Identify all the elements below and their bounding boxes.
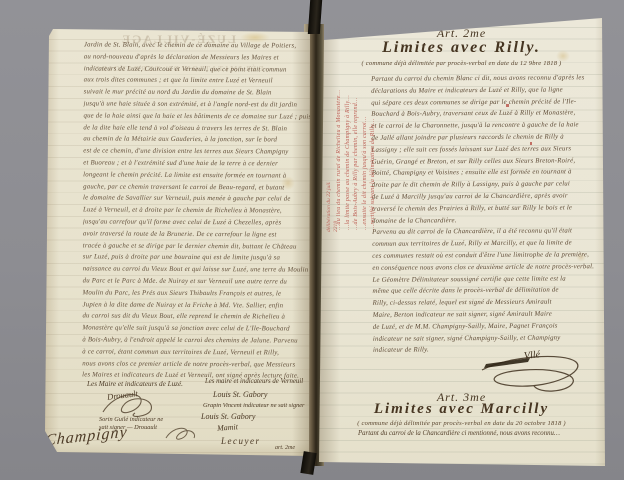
manuscript-line: longeant le chemin précité. La limite es… <box>83 169 311 182</box>
manuscript-line: 2218 <box>333 182 340 232</box>
manuscript-line: jusqu'au carrefour qu'il forme avec celu… <box>83 216 311 229</box>
scanned-archival-document: { "scan": { "background_color": "#8d8d92… <box>0 0 624 480</box>
signature-mamit: Mamit <box>217 422 238 432</box>
manuscript-left-page: LUZÉ-VILLAGE DÉLIMITATION DU TERRITOIRE … <box>45 28 310 456</box>
manuscript-line: traversé le chemin des Prairies à Rilly,… <box>372 202 602 215</box>
signers-caption-verneuil: Les maire et indicateurs de Verneuil <box>205 378 303 385</box>
manuscript-line: à Bois-Aubry, à l'endroit appelé le carr… <box>82 334 310 347</box>
manuscript-line: Moulin du Parc, les Prés aux Sieurs Thib… <box>83 287 311 300</box>
note-grapin-indicateur: Grapin Vincent indicateur ne sait signer <box>203 402 305 409</box>
manuscript-line: Lassigny ; elle suit ces fossés laissant… <box>372 143 602 156</box>
manuscript-line: en conséquence nous avons clos ce deuxiè… <box>372 261 602 274</box>
catchword: art. 2me <box>275 445 295 451</box>
manuscript-line: et Buoreau ; et à l'extrémité sud d'une … <box>83 157 311 170</box>
manuscript-line: …ensuite le dit chemin jusqu'à son carro… <box>361 54 370 230</box>
article3-heading: Limites avec Marcilly <box>318 401 605 418</box>
red-ink-speck <box>506 104 509 107</box>
manuscript-line: du Parc et le Parc à Mde. de Nuiray et s… <box>83 275 311 288</box>
manuscript-line: Partant du carroi du chemin Blanc ci dit… <box>371 72 601 85</box>
manuscript-line: et le carroi de la Charonnette, jusqu'à … <box>371 119 601 132</box>
left-page-text-block: Jardin de St. Blain, avec le chemin de c… <box>82 39 312 382</box>
manuscript-line: que de la haie ainsi que la haie et les … <box>83 110 311 123</box>
manuscript-line: à ce carroi, étant commun aux territoire… <box>82 346 310 359</box>
manuscript-line: Jardin de St. Blain, avec le chemin de c… <box>84 39 312 52</box>
manuscript-line: Monastère qu'elle suit jusqu'à sa joncti… <box>82 323 310 336</box>
manuscript-line: jusqu'à une haie située à son extrémité,… <box>84 98 312 111</box>
manuscript-line: au nord-nouveau d'après la déclaration d… <box>84 51 312 64</box>
signers-caption-luze: Les Maire et indicateurs de Luzé. <box>87 380 183 388</box>
binding-ribbon-top <box>308 0 322 34</box>
red-ink-speck <box>530 142 532 145</box>
signature-lecuyer: Lecuyer <box>221 436 261 446</box>
article3-subtitle: ( commune déjà délimitée par procès-verb… <box>318 420 605 427</box>
article3-first-line: Partant du carroi de la Chancardière ci … <box>358 430 598 437</box>
right-page-text-block: Partant du carroi du chemin Blanc ci dit… <box>371 72 603 357</box>
signature-flourish-small <box>163 424 199 444</box>
binding-ribbon-bottom <box>300 451 316 475</box>
marginal-note-red-small: délibération du 22 juillet2218 <box>326 182 338 232</box>
signature-gabory-2: Louis St. Gabory <box>201 412 255 421</box>
manuscript-line: …la limite passe au chemin de Champigny … <box>344 54 353 230</box>
manuscript-line: délibération du 22 juillet <box>326 182 333 232</box>
marginal-note-red: …au lieu du chemin rural de Richelieu à … <box>335 54 379 230</box>
surveyor-paraph-initials: Vllé <box>523 349 540 362</box>
manuscript-line: avoir traversé la route de la Brunerie. … <box>83 228 311 241</box>
signature-champigny-large: Champigny <box>45 424 129 451</box>
manuscript-line: …de Bois-Aubry à Rilly par chemin, elle … <box>352 54 361 230</box>
manuscript-right-page: Art. 2me Limites avec Rilly. ( commune d… <box>318 16 605 472</box>
signature-gabory-1: Louis St. Gabory <box>213 390 267 399</box>
note-sorin-line1: Sorin Guilé indicateur ne <box>99 416 163 423</box>
manuscript-line: …rectifié suivant la délimitation de Ril… <box>369 54 378 230</box>
